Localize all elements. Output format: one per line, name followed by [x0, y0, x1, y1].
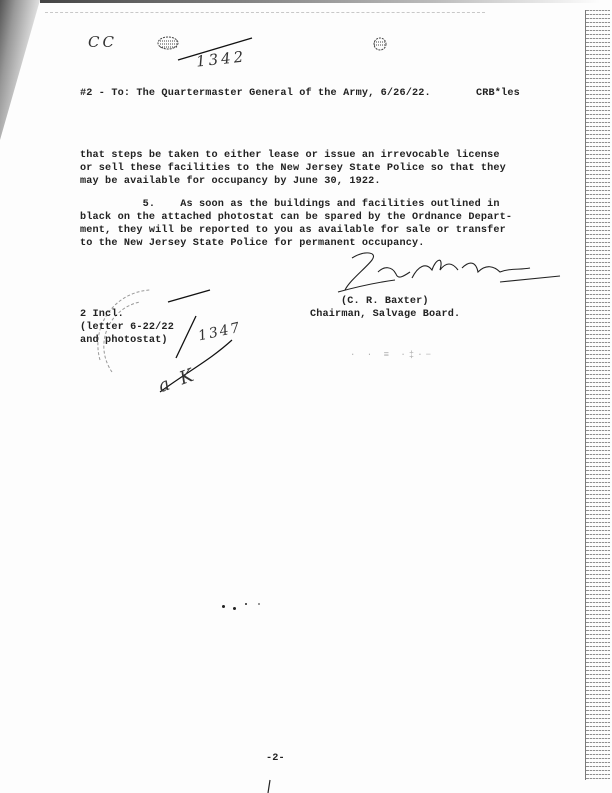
bottom-pen-mark [0, 0, 612, 793]
binding-edge-texture [587, 10, 609, 780]
document-page: CC 1342 [0, 0, 612, 793]
